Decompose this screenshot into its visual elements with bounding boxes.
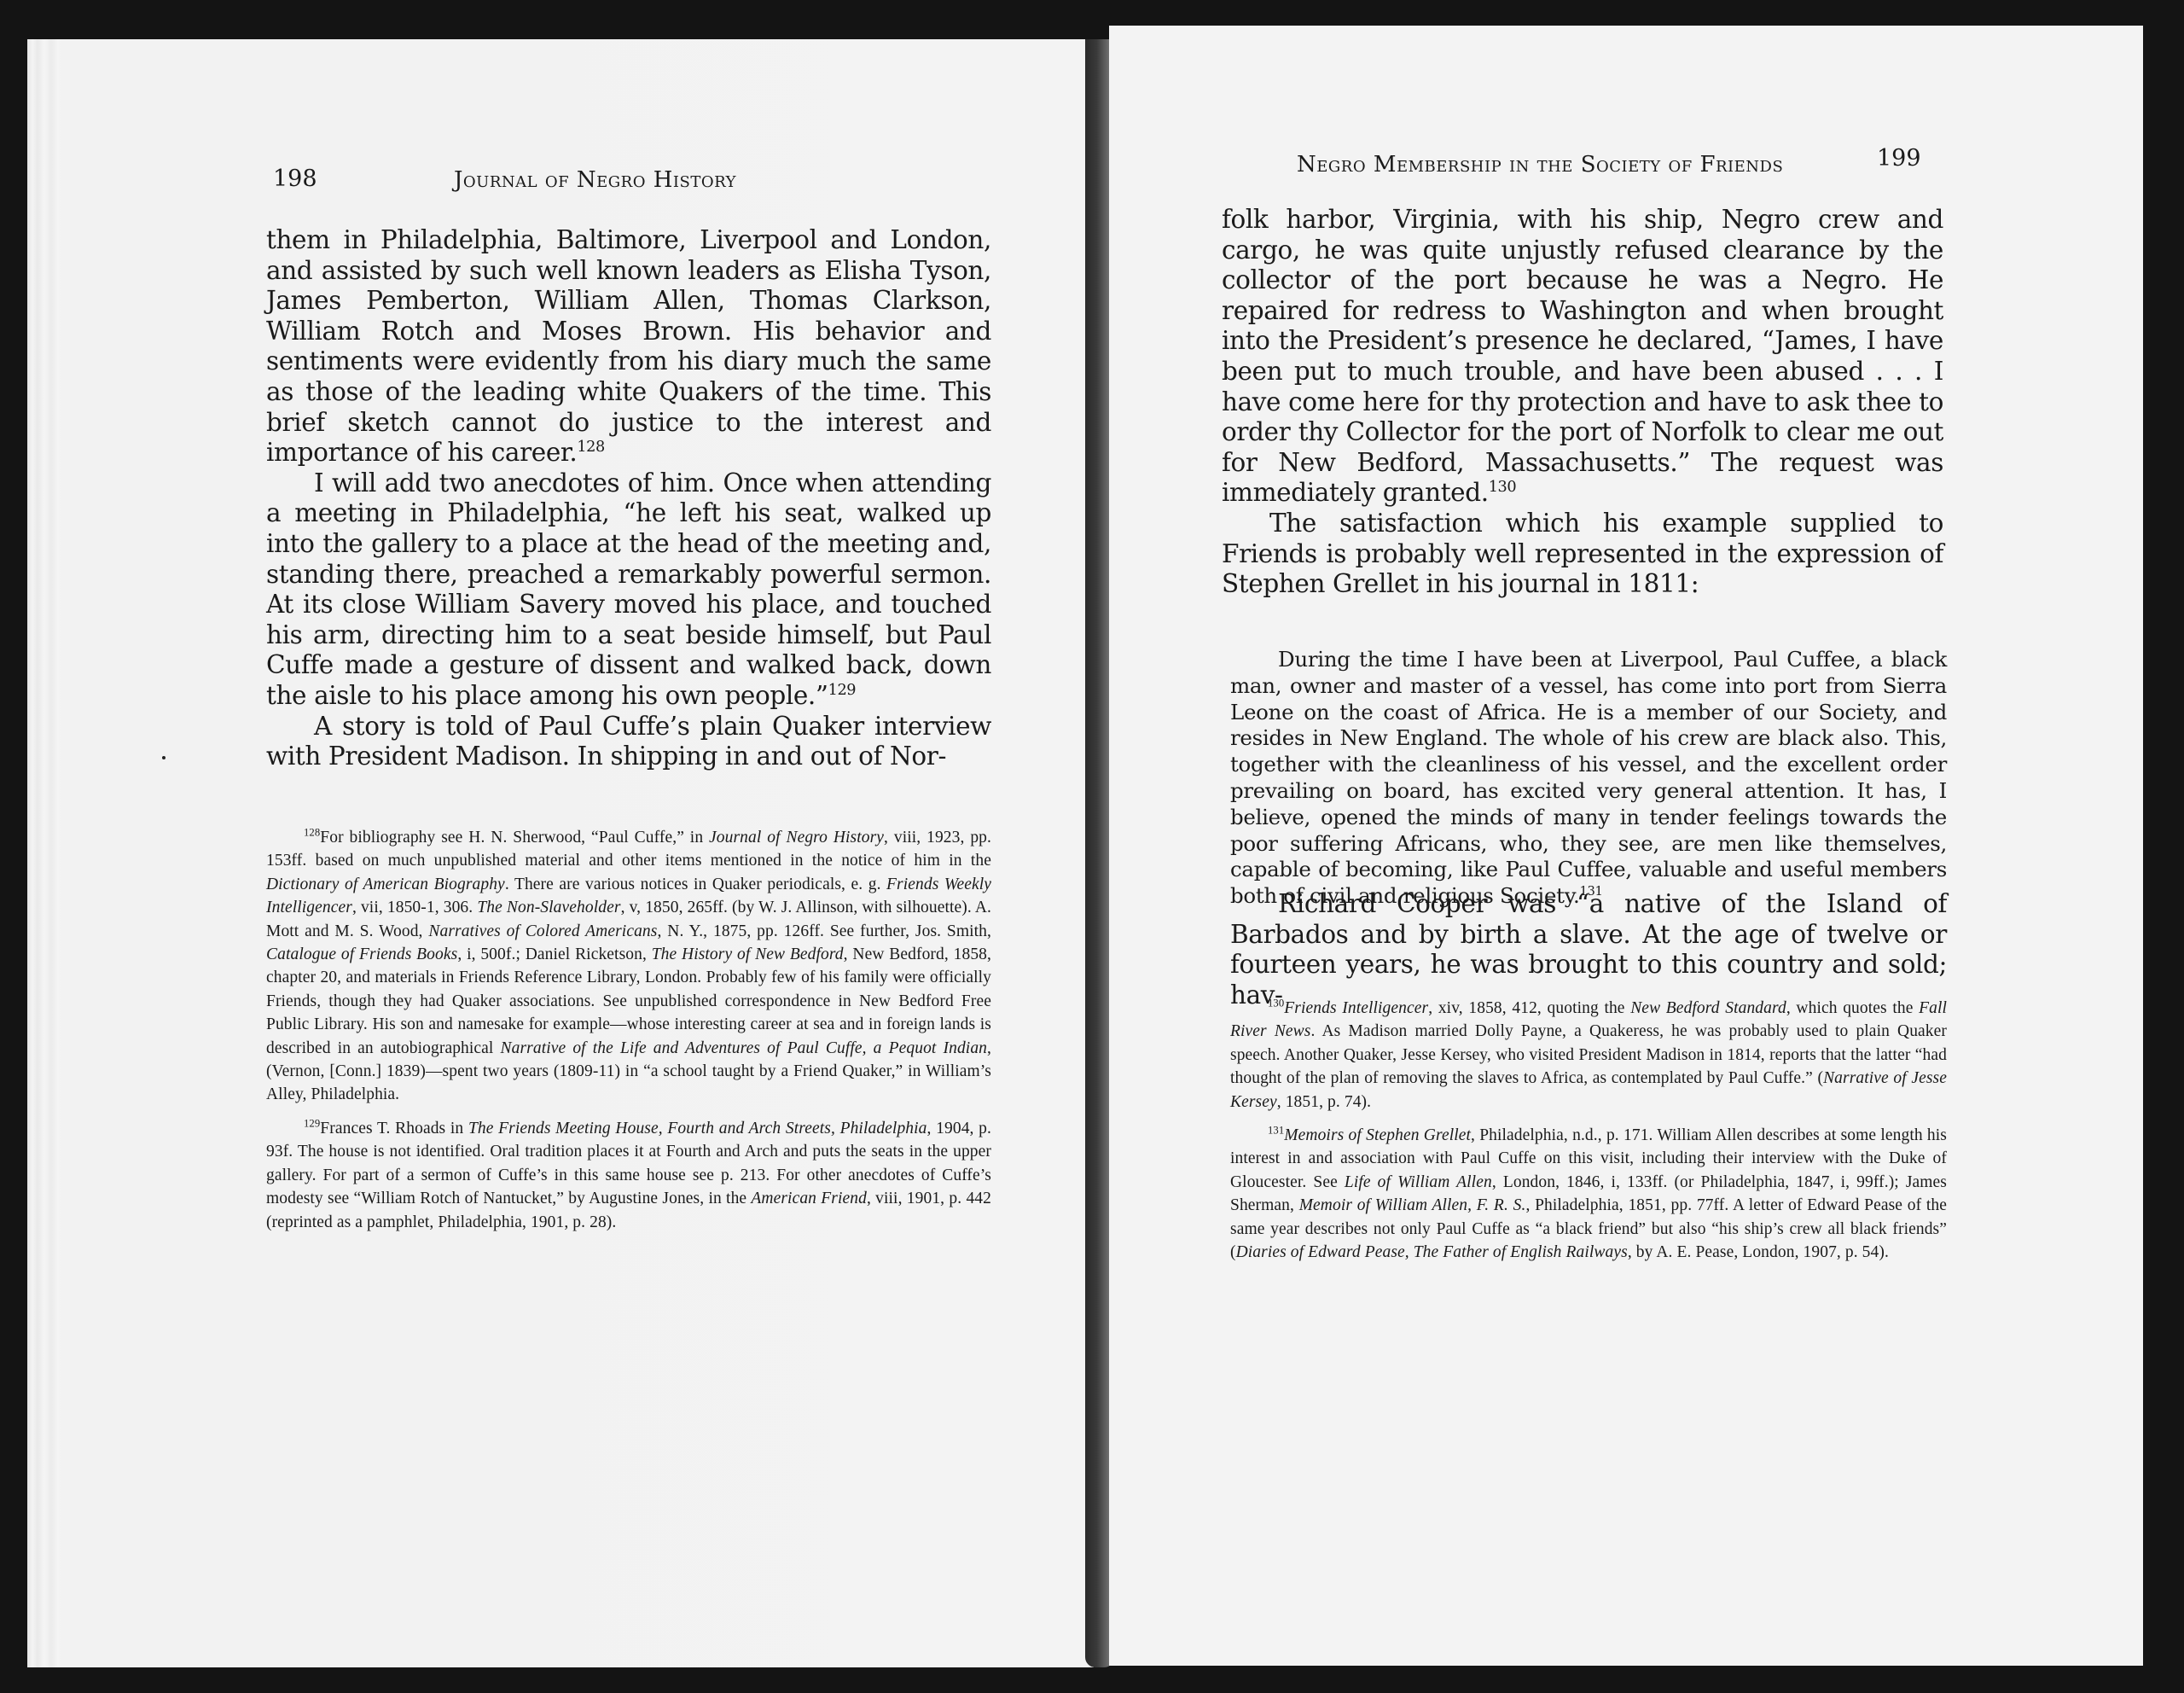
quote-paragraph: During the time I have been at Liverpool…: [1230, 647, 1947, 910]
paragraph: them in Philadelphia, Baltimore, Liverpo…: [266, 225, 991, 468]
footnote-ref: 128: [577, 439, 605, 456]
footnote-ref: 129: [828, 682, 857, 699]
footnote: 129Frances T. Rhoads in The Friends Meet…: [266, 1117, 991, 1234]
footnote-ref: 130: [1489, 480, 1517, 497]
footnote-marker: 131: [1268, 1125, 1284, 1137]
footnote: 131Memoirs of Stephen Grellet, Philadelp…: [1230, 1124, 1947, 1264]
running-head-right: Negro Membership in the Society of Frien…: [1297, 152, 1783, 177]
running-head-left: Journal of Negro History: [454, 167, 736, 193]
left-body-text: them in Philadelphia, Baltimore, Liverpo…: [266, 225, 991, 772]
paragraph: I will add two anecdotes of him. Once wh…: [266, 468, 991, 712]
speck: [162, 756, 166, 759]
footnote: 130Friends Intelligencer, xiv, 1858, 412…: [1230, 997, 1947, 1114]
paragraph: folk harbor, Virginia, with his ship, Ne…: [1222, 205, 1943, 509]
page-number-left: 198: [273, 166, 317, 192]
block-quote: During the time I have been at Liverpool…: [1230, 647, 1947, 910]
right-body-text-1: folk harbor, Virginia, with his ship, Ne…: [1222, 205, 1943, 600]
paragraph: The satisfaction which his example suppl…: [1222, 509, 1943, 600]
left-footnotes: 128For bibliography see H. N. Sherwood, …: [266, 826, 991, 1244]
left-page: 198 Journal of Negro History them in Phi…: [27, 39, 1094, 1667]
right-body-text-2: Richard Cooper was “a native of the Isla…: [1230, 889, 1947, 1010]
footnote: 128For bibliography see H. N. Sherwood, …: [266, 826, 991, 1107]
footnote-marker: 129: [304, 1117, 320, 1129]
footnote-marker: 128: [304, 827, 320, 839]
footnote-marker: 130: [1268, 998, 1284, 1009]
right-footnotes: 130Friends Intelligencer, xiv, 1858, 412…: [1230, 997, 1947, 1274]
right-page: Negro Membership in the Society of Frien…: [1109, 26, 2143, 1666]
page-number-right: 199: [1877, 145, 1921, 172]
paragraph: Richard Cooper was “a native of the Isla…: [1230, 889, 1947, 1010]
paragraph: A story is told of Paul Cuffe’s plain Qu…: [266, 712, 991, 772]
